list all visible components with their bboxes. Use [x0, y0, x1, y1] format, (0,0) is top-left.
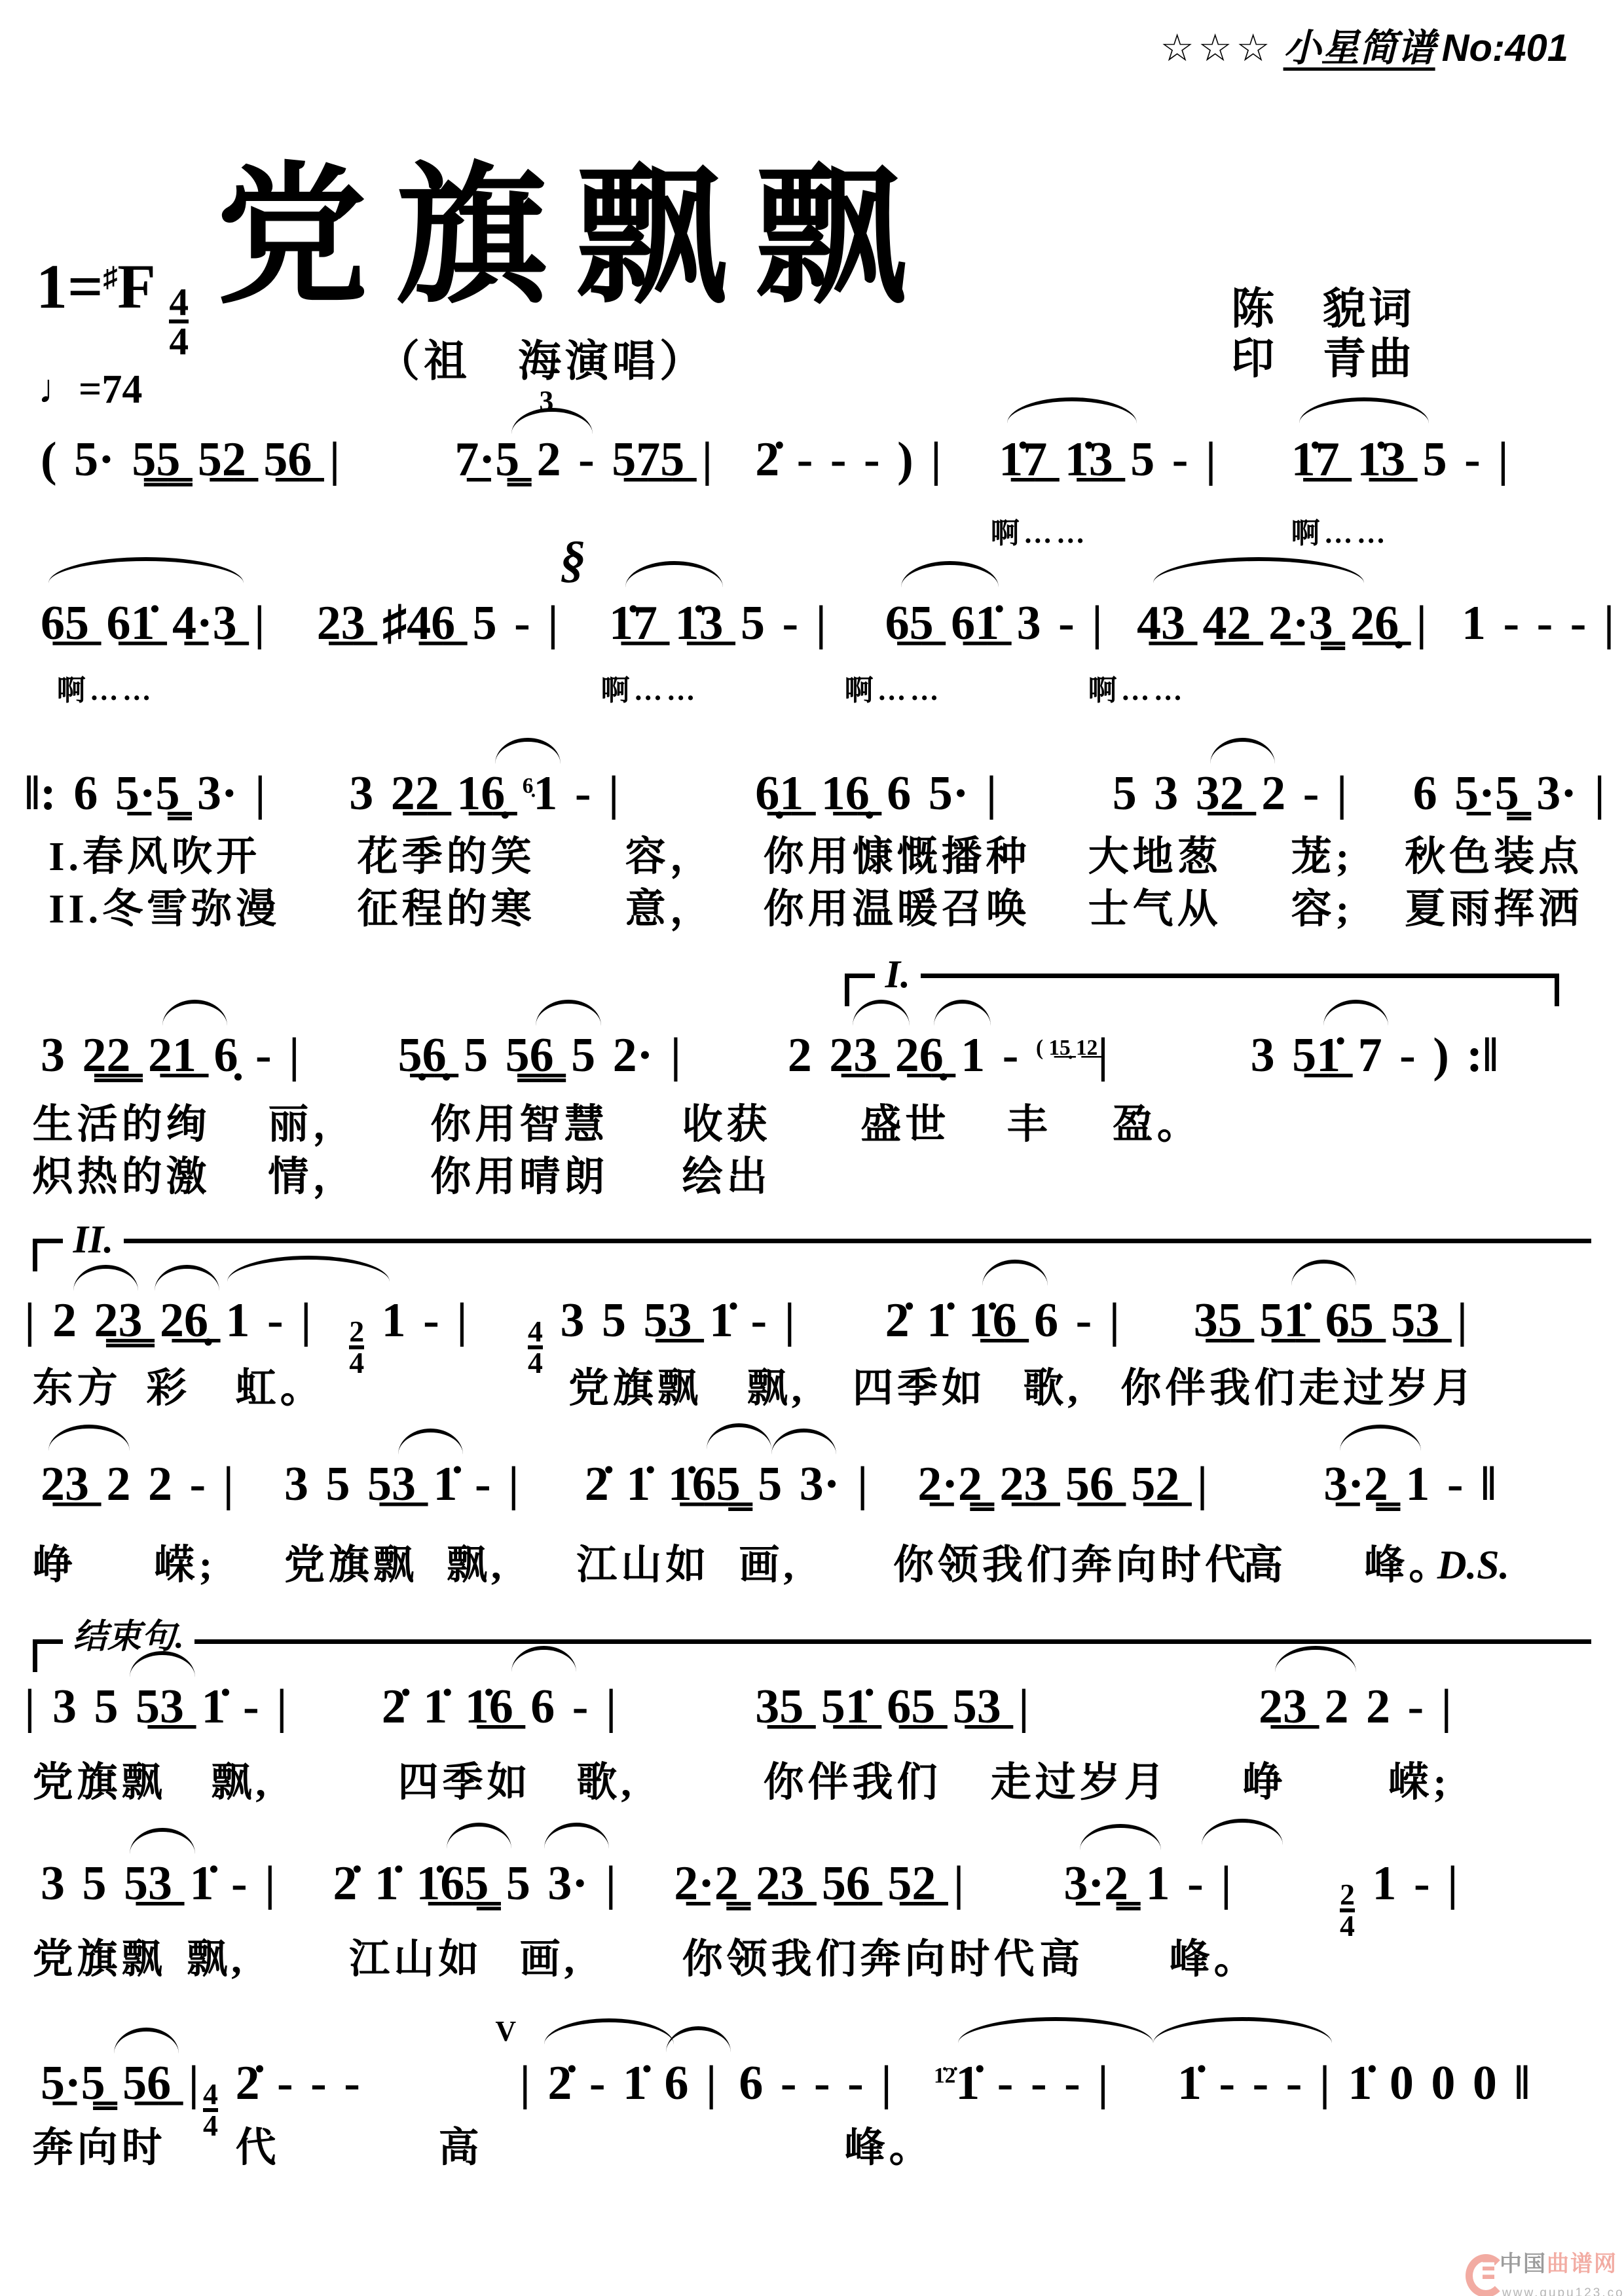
slur-arc: [162, 1000, 227, 1026]
slur-arc: [1340, 1425, 1421, 1451]
lyric-syllables: 啊……: [845, 676, 943, 705]
measure: 2̲·2̳ 2̲3̲ 5̲6̲ 5̲2̲ |: [917, 1460, 1208, 1508]
lyric-syllables: 党旗飘: [284, 1545, 418, 1586]
lyric-syllables: 高: [1039, 1939, 1084, 1980]
measure: | 2̇ - 1̇ 6 |: [520, 2059, 717, 2107]
time-signature: 44: [203, 2081, 218, 2140]
slur-arc: [447, 1823, 511, 1849]
lyric-syllables: 秋色装点: [1405, 837, 1583, 877]
lyric-syllables: 四季如: [398, 1762, 532, 1803]
lyric-syllables: 啊……: [57, 676, 155, 705]
measure: 2̇ 1̇ 1̲̇6̲5̳ 5 3· |: [585, 1460, 868, 1508]
measure: 24 1 - |: [349, 1296, 467, 1377]
lyric-syllables: 歌,: [576, 1762, 635, 1803]
measure: 6̣̲1̲ 1̲6̣̲ 6 5· |: [755, 769, 997, 818]
time-signature: 24: [1340, 1881, 1355, 1940]
lyric-syllables: 彩: [146, 1368, 191, 1409]
slur-arc: [114, 2028, 179, 2054]
slur-arc: [495, 738, 560, 764]
slur-arc: [130, 1828, 194, 1854]
lyric-syllables: 飘,: [187, 1939, 246, 1980]
slur-arc: [1080, 1824, 1161, 1850]
volta-bracket: 结束句.: [33, 1639, 1592, 1673]
slur-arc: [536, 1000, 600, 1026]
measure: 6̲5̲ 6̲1̲̇ 4̲·3̲ |: [41, 599, 265, 647]
measure: 2̲·2̳ 2̲3̲ 5̲6̲ 5̲2̲ |: [674, 1859, 964, 1908]
measure: ( 5· 5̳5̳ 5̲2̲ 5̲6̲ |: [41, 435, 340, 484]
qupu-logo-icon: [1466, 2254, 1494, 2283]
slur-arc: [1153, 557, 1364, 583]
measure: 1̇ 0 0 0 ‖: [1348, 2059, 1530, 2107]
lyric-syllables: 啊……: [601, 676, 699, 705]
slur-arc: [771, 1429, 836, 1455]
slur-arc: [48, 1425, 130, 1451]
lyric-syllables: 你伴我们走过岁月: [1120, 1368, 1477, 1409]
lyric-syllables: 绘出: [682, 1157, 771, 1197]
lyric-syllables: 党旗飘: [33, 1762, 166, 1803]
lyric-syllables: 生活的绚: [33, 1104, 211, 1145]
lyric-syllables: 江山如: [576, 1545, 710, 1586]
composer-credit: 印 青曲: [1231, 323, 1414, 386]
slur-arc: [958, 2017, 1153, 2043]
lyric-syllables: 意，: [625, 889, 714, 930]
lyric-syllables: 代: [236, 2128, 280, 2168]
lyric-syllables: 大地葱: [1088, 837, 1222, 877]
lyric-syllables: 啊……: [1088, 676, 1187, 705]
lyric-syllables: 你用晴朗: [430, 1157, 608, 1197]
lyric-syllables: 虹。: [236, 1368, 325, 1409]
key-signature: 1=♯F 44: [36, 250, 189, 359]
measure: 44 2̇ - - -: [203, 2059, 360, 2140]
lyric-syllables: 你领我们奔向时代: [682, 1939, 1039, 1980]
lyric-syllables: 啊……: [1291, 519, 1390, 548]
measure: 1 - - - |: [1462, 599, 1614, 647]
measure: 2̲3̲ 2 2 - |: [41, 1460, 234, 1508]
lyric-syllables: 士气从: [1088, 889, 1222, 930]
slur-arc: [666, 2026, 731, 2052]
lyric-syllables: 你用慷慨播种: [764, 837, 1031, 877]
lyric-syllables: 茏;: [1291, 837, 1354, 877]
lyric-syllables: 征程的寒: [358, 889, 536, 930]
lyric-syllables: 啊……: [991, 519, 1089, 548]
slur-arc: [707, 1423, 771, 1449]
measure: 3̲5̲ 5̲1̲̇ 6̲5̲ 5̲3̲ |: [1194, 1296, 1467, 1345]
song-title: 党旗飘飘: [216, 162, 934, 314]
measure: 3̲·2̳ 1 - |: [1063, 1859, 1231, 1908]
measure: 3 2̲2̲ 1̲6̣̲ 6̣1 - |: [349, 769, 619, 818]
lyric-syllables: 盈。: [1113, 1104, 1202, 1145]
grace-notes: ♯: [103, 263, 118, 293]
measure: 1̇2̇1̇ - - - |: [934, 2059, 1109, 2107]
lyric-syllables: 丽，: [268, 1104, 357, 1145]
lyric-syllables: 情，: [268, 1157, 357, 1197]
lyric-syllables: 飘,: [447, 1545, 506, 1586]
slur-arc: [1202, 1819, 1283, 1845]
watermark-text-pink: 曲谱网: [1547, 2252, 1617, 2276]
lyric-syllables: 丰: [1007, 1104, 1052, 1145]
measure: 3̲5̲ 5̲1̲̇ 6̲5̲ 5̲3̲ |: [755, 1683, 1029, 1731]
volta-label: 结束句.: [63, 1620, 194, 1654]
lyric-syllables: 容，: [625, 837, 714, 877]
lyric-syllables: 峰。: [1170, 1939, 1259, 1980]
measure: 7̲·5̳ 2 - 5̲7̲5̲ |: [454, 435, 712, 484]
slur-arc: [48, 557, 244, 583]
measure: 2̇ 1̇ 1̲̇6̲ 6 - |: [885, 1296, 1120, 1345]
slur-arc: [625, 561, 723, 587]
measure: 2 2̲3̲ 2̲6̣̲ 1 - ( 1̲5̣̲ 1̲2̲|: [788, 1031, 1109, 1080]
lyric-syllables: 炽热的激: [33, 1157, 211, 1197]
grace-notes: 1̇2̇: [934, 2064, 955, 2088]
slur-arc: [1210, 738, 1275, 764]
measure: 1̲̇7̲ 1̲̇3̲ 5 - |: [609, 599, 826, 647]
measure: 2̲3̲ 2 2 - |: [1259, 1683, 1452, 1731]
lyric-syllables: 歌,: [1023, 1368, 1082, 1409]
measure: 6 5̲·5̳ 3· |: [1413, 769, 1605, 818]
triplet-mark: 3: [539, 387, 553, 416]
measure: 2̇ 1̇ 1̲̇6̲ 6 - |: [382, 1683, 616, 1731]
lyric-syllables: 飘,: [747, 1368, 806, 1409]
measure: 3 5̲1̲̇ 7 - ) :‖: [1251, 1031, 1498, 1080]
time-signature: 24: [349, 1318, 364, 1377]
lyric-syllables: 你用智慧: [430, 1104, 608, 1145]
lyric-syllables: 高: [439, 2128, 483, 2168]
grace-notes: ( 1̲5̣̲ 1̲2̲: [1036, 1036, 1098, 1060]
series-number: No:401: [1442, 27, 1568, 69]
lyric-syllables: 东方: [33, 1368, 122, 1409]
measure: ‖: 6 5̲·5̳ 3· |: [24, 769, 265, 818]
grace-notes: 6̣: [523, 774, 534, 798]
measure: 24 1 - |: [1340, 1859, 1458, 1941]
sheet-music-page: ☆☆☆小星简谱No:401 党旗飘飘 （祖 海演唱） 1=♯F 44 ♩=74 …: [0, 0, 1624, 2296]
lyric-syllables: 嵘;: [1388, 1762, 1450, 1803]
volta-label: I.: [875, 955, 921, 994]
measure: | 3 5 5̲3̲ 1̇ - |: [24, 1683, 287, 1731]
measure: 44 3 5 5̲3̲ 1̇ - |: [528, 1296, 795, 1377]
lyric-syllables: I.春风吹开: [48, 837, 261, 877]
lyric-syllables: 党旗飘: [568, 1368, 702, 1409]
slur-arc: [544, 1823, 609, 1849]
lyric-syllables: 你伴我们: [764, 1762, 942, 1803]
measure: 6 - - - |: [739, 2059, 891, 2107]
time-signature: 44: [169, 284, 189, 360]
lyric-syllables: 收获: [682, 1104, 771, 1145]
lyric-syllables: 走过岁月: [991, 1762, 1169, 1803]
lyric-syllables: 花季的笑: [358, 837, 536, 877]
measure: 3 2̳2̳ 2̲1̲ 6̣ - |: [41, 1031, 299, 1080]
measure: 2̇ - - - ) |: [755, 435, 941, 484]
lyric-syllables: 你领我们奔向时代: [893, 1545, 1249, 1586]
measure: 1̇ - - - |: [1177, 2059, 1330, 2107]
lyric-syllables: 党旗飘: [33, 1939, 166, 1980]
stars-icon: ☆☆☆: [1160, 27, 1274, 69]
measure: 2̲3̲ ♯4̲6̲ 5 - |: [317, 599, 559, 647]
slur-arc: [398, 1429, 463, 1455]
measure: 3 5 5̲3̲ 1̇ - |: [41, 1859, 275, 1908]
lyric-syllables: 江山如: [349, 1939, 483, 1980]
segno-mark: §: [561, 534, 586, 585]
measure: 5̣̲6̣̲ 5 5̳6̳ 5 2· |: [398, 1031, 681, 1080]
measure: 3 5 5̲3̲ 1̇ - |: [284, 1460, 519, 1508]
measure: 5̲·5̳ 5̲6̲ |: [41, 2059, 199, 2107]
lyric-syllables: 四季如: [853, 1368, 986, 1409]
tempo-marking: ♩=74: [38, 367, 142, 413]
watermark-text-gray: 中国: [1500, 2252, 1547, 2276]
lyric-syllables: 画,: [520, 1939, 579, 1980]
measure: 6̲5̲ 6̲1̲̇ 3 - |: [885, 599, 1103, 647]
lyric-syllables: D.S.: [1437, 1545, 1509, 1586]
slur-arc: [1153, 2017, 1332, 2043]
lyric-syllables: 奔向时: [33, 2128, 166, 2168]
lyric-syllables: 飘,: [211, 1762, 270, 1803]
lyric-syllables: 容;: [1291, 889, 1354, 930]
lyric-syllables: 峥: [33, 1545, 77, 1586]
breath-mark: V: [495, 2017, 516, 2046]
lyric-syllables: 画,: [739, 1545, 798, 1586]
measure: 3̲·2̳ 1 - ‖: [1323, 1460, 1496, 1508]
measure: 1̲̇7̲ 1̲̇3̲ 5 - |: [999, 435, 1216, 484]
lyric-syllables: II.冬雪弥漫: [48, 889, 280, 930]
lyric-syllables: 你用温暖召唤: [764, 889, 1031, 930]
lyric-syllables: 盛世: [860, 1104, 950, 1145]
lyric-syllables: 峥: [1242, 1762, 1287, 1803]
slur-arc: [1299, 397, 1429, 424]
performer-subtitle: （祖 海演唱）: [377, 326, 707, 388]
time-signature: 44: [528, 1318, 543, 1377]
lyric-syllables: 峰。: [845, 2128, 934, 2168]
series-title: 小星简谱: [1283, 27, 1435, 69]
slur-arc: [901, 561, 999, 587]
measure: | 2 2̳3̳ 2̲6̣̲ 1 - |: [24, 1296, 311, 1345]
slur-arc: [544, 2018, 674, 2045]
lyric-syllables: 夏雨挥洒: [1405, 889, 1583, 930]
measure: 1̲̇7̲ 1̲̇3̲ 5 - |: [1291, 435, 1509, 484]
measure: 2̇ 1̇ 1̲̇6̲5̳ 5 3· |: [333, 1859, 616, 1908]
lyric-syllables: 嵘;: [155, 1545, 217, 1586]
slur-arc: [1007, 397, 1137, 424]
measure: 4̲3̲ 4̲2̲ 2̲·3̳ 2̲6̣̲ |: [1137, 599, 1427, 647]
volta-label: II.: [63, 1220, 124, 1259]
page-header: ☆☆☆小星简谱No:401: [1160, 17, 1568, 72]
lyric-syllables: 高: [1242, 1545, 1287, 1586]
watermark-url: www.qupu123.com: [1502, 2287, 1624, 2296]
watermark: 中国曲谱网 www.qupu123.com: [1466, 2253, 1624, 2296]
measure: 5 3 3̲2̲ 2 - |: [1113, 769, 1347, 818]
